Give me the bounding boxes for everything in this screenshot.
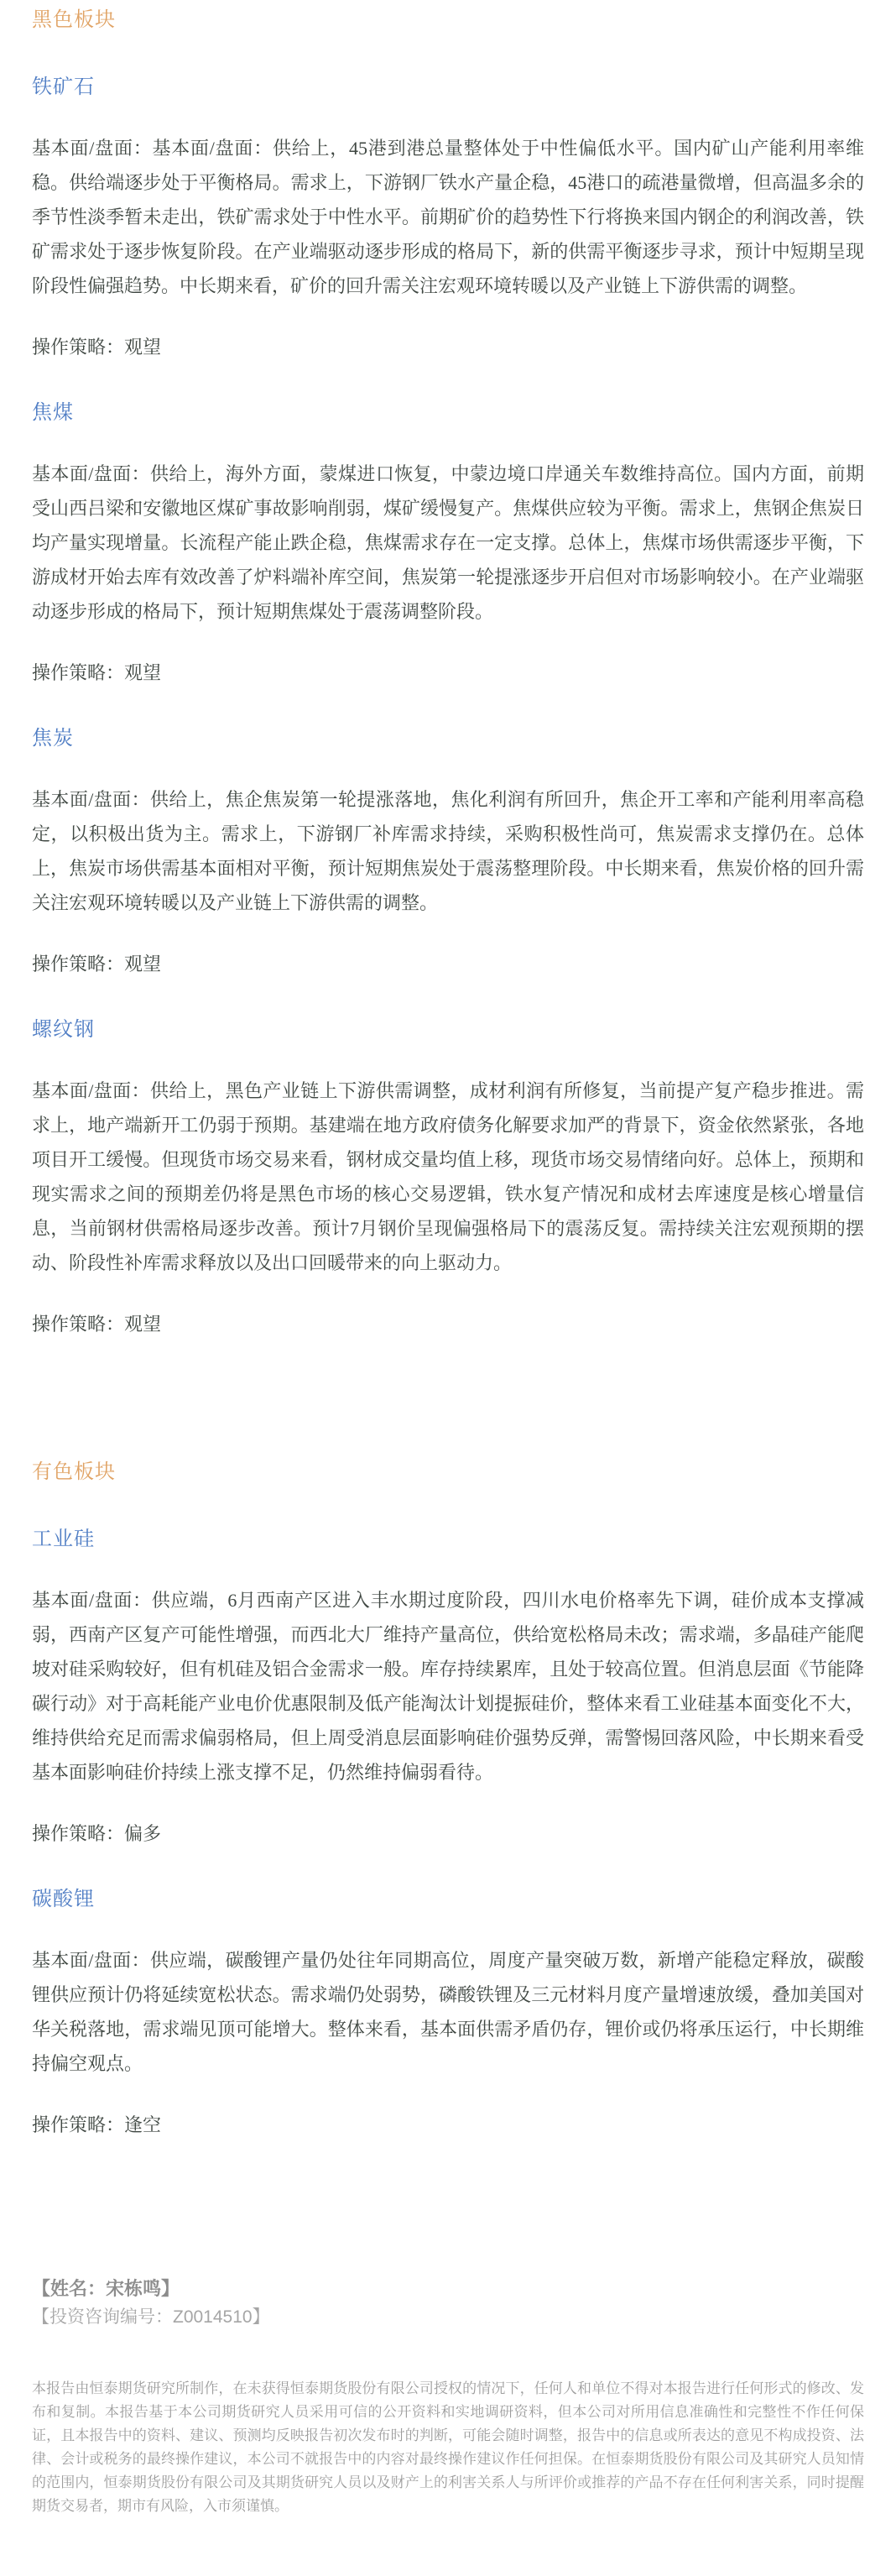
license-number: 【投资咨询编号：Z0014510】 [32,2305,864,2330]
strategy-line-coke: 操作策略：观望 [32,947,864,981]
section-title-nonferrous-sector: 有色板块 [32,1459,864,1486]
disclaimer-text: 本报告由恒泰期货研究所制作，在未获得恒泰期货股份有限公司授权的情况下，任何人和单… [32,2377,864,2518]
product-title-industrial-silicon: 工业硅 [32,1526,864,1553]
analysis-paragraph-coke: 基本面/盘面：供给上，焦企焦炭第一轮提涨落地，焦化利润有所回升，焦企开工率和产能… [32,782,864,920]
strategy-line-coking-coal: 操作策略：观望 [32,656,864,690]
analysis-paragraph-industrial-silicon: 基本面/盘面：供应端，6月西南产区进入丰水期过度阶段，四川水电价格率先下调，硅价… [32,1583,864,1790]
product-title-lithium-carbonate: 碳酸锂 [32,1886,864,1913]
analysis-paragraph-lithium-carbonate: 基本面/盘面：供应端，碳酸锂产量仍处往年同期高位，周度产量突破万数，新增产能稳定… [32,1943,864,2081]
section-title-black-sector: 黑色板块 [32,7,864,34]
analyst-name: 【姓名：宋栋鸣】 [32,2276,864,2302]
analysis-paragraph-coking-coal: 基本面/盘面：供给上，海外方面，蒙煤进口恢复，中蒙边境口岸通关车数维持高位。国内… [32,457,864,629]
analysis-paragraph-iron-ore: 基本面/盘面：基本面/盘面：供给上，45港到港总量整体处于中性偏低水平。国内矿山… [32,131,864,303]
strategy-line-rebar: 操作策略：观望 [32,1307,864,1341]
strategy-line-industrial-silicon: 操作策略：偏多 [32,1816,864,1851]
product-title-coking-coal: 焦煤 [32,400,864,426]
analysis-paragraph-rebar: 基本面/盘面：供给上，黑色产业链上下游供需调整，成材利润有所修复，当前提产复产稳… [32,1074,864,1280]
product-title-coke: 焦炭 [32,725,864,752]
strategy-line-lithium-carbonate: 操作策略：逢空 [32,2108,864,2142]
report-document: 黑色板块 铁矿石 基本面/盘面：基本面/盘面：供给上，45港到港总量整体处于中性… [0,0,896,2543]
product-title-iron-ore: 铁矿石 [32,74,864,101]
strategy-line-iron-ore: 操作策略：观望 [32,330,864,364]
product-title-rebar: 螺纹钢 [32,1016,864,1043]
